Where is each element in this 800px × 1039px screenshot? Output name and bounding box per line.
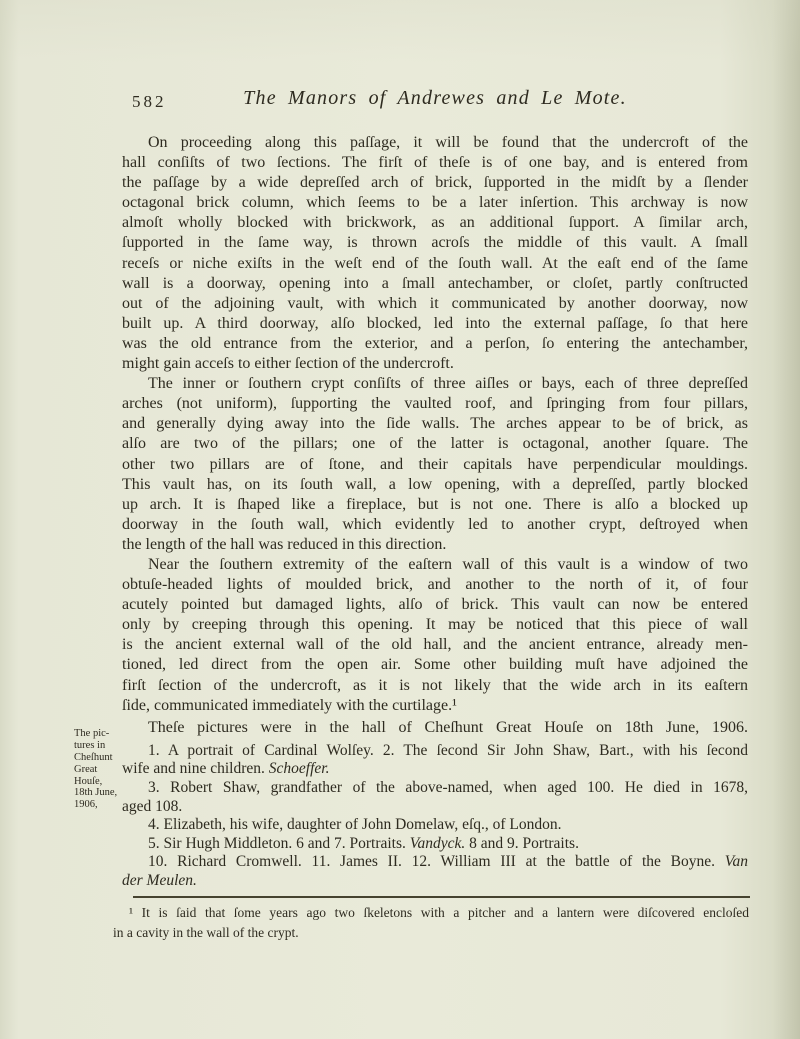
text-line: obtuſe-headed lights of moulded brick, a… bbox=[122, 575, 748, 595]
text-line: The inner or ſouthern crypt conſiſts of … bbox=[122, 374, 748, 394]
body-paragraph-3: Near the ſouthern extremity of the eaſte… bbox=[122, 555, 748, 716]
pictures-intro: Theſe pictures were in the hall of Cheſh… bbox=[122, 718, 748, 738]
text-line: wife and nine children. Schoeffer. bbox=[122, 760, 748, 779]
text-line: octagonal brick column, which ſeems to b… bbox=[122, 193, 748, 213]
text-line: other two pillars are of ſtone, and thei… bbox=[122, 455, 748, 475]
page-title: The Manors of Andrewes and Le Mote. bbox=[122, 87, 748, 110]
text-line: 10. Richard Cromwell. 11. James II. 12. … bbox=[122, 853, 748, 872]
text-line: The pic- bbox=[74, 728, 132, 740]
text-line: ſide, communicated immediately with the … bbox=[122, 696, 748, 716]
text-line: Theſe pictures were in the hall of Cheſh… bbox=[122, 718, 748, 738]
text-line: alſo are two of the pillars; one of the … bbox=[122, 434, 748, 454]
text-line: Houſe, bbox=[74, 776, 132, 788]
text-line: firſt ſection of the undercroft, as it i… bbox=[122, 676, 748, 696]
text-line: doorway in the ſouth wall, which evident… bbox=[122, 515, 748, 535]
text-line: Great bbox=[74, 764, 132, 776]
marginal-note: The pic-tures inCheſhuntGreatHouſe,18th … bbox=[74, 728, 132, 811]
body-paragraph-2: The inner or ſouthern crypt conſiſts of … bbox=[122, 374, 748, 555]
text-line: the length of the hall was reduced in th… bbox=[122, 535, 748, 555]
footnote-rule bbox=[133, 896, 750, 898]
text-line: and generally dying away into the ſide w… bbox=[122, 414, 748, 434]
text-line: only by creeping through this opening. I… bbox=[122, 615, 748, 635]
text-line: up arch. It is ſhaped like a fireplace, … bbox=[122, 495, 748, 515]
text-line: arches (not uniform), ſupporting the vau… bbox=[122, 394, 748, 414]
text-line: ſupported in the ſame way, is thrown acr… bbox=[122, 233, 748, 253]
text-line: acutely pointed but damaged lights, alſo… bbox=[122, 595, 748, 615]
text-line: 3. Robert Shaw, grandfather of the above… bbox=[122, 779, 748, 798]
text-line: hall conſiſts of two ſections. The firſt… bbox=[122, 153, 748, 173]
text-line: Cheſhunt bbox=[74, 752, 132, 764]
book-page: { "colors": { "paper": "#e9ead9", "ink":… bbox=[0, 0, 800, 1039]
text-line: wall is a doorway, opening into a ſmall … bbox=[122, 274, 748, 294]
text-line: might gain acceſs to either ſection of t… bbox=[122, 354, 748, 374]
text-line: out of the adjoining vault, with which i… bbox=[122, 294, 748, 314]
text-line: This vault has, on its ſouth wall, a low… bbox=[122, 475, 748, 495]
main-text-column: On proceeding along this paſſage, it wil… bbox=[122, 133, 748, 891]
footnote: ¹ It is ſaid that ſome years ago two ſke… bbox=[113, 903, 749, 942]
text-line: Near the ſouthern extremity of the eaſte… bbox=[122, 555, 748, 575]
text-line: 1. A portrait of Cardinal Wolſey. 2. The… bbox=[122, 742, 748, 761]
body-paragraph-1: On proceeding along this paſſage, it wil… bbox=[122, 133, 748, 374]
text-line: 18th June, bbox=[74, 787, 132, 799]
text-line: 4. Elizabeth, his wife, daughter of John… bbox=[122, 816, 748, 835]
text-line: tures in bbox=[74, 740, 132, 752]
text-line: almoſt wholly blocked with brickwork, as… bbox=[122, 213, 748, 233]
text-line: was the old entrance from the exterior, … bbox=[122, 334, 748, 354]
text-line: der Meulen. bbox=[122, 872, 748, 891]
text-line: tioned, led direct from the open air. So… bbox=[122, 655, 748, 675]
text-line: built up. A third doorway, alſo blocked,… bbox=[122, 314, 748, 334]
text-line: ¹ It is ſaid that ſome years ago two ſke… bbox=[113, 903, 749, 923]
text-line: On proceeding along this paſſage, it wil… bbox=[122, 133, 748, 153]
text-line: is the ancient external wall of the old … bbox=[122, 635, 748, 655]
picture-list: 1. A portrait of Cardinal Wolſey. 2. The… bbox=[122, 742, 748, 891]
text-line: the paſſage by a wide depreſſed arch of … bbox=[122, 173, 748, 193]
text-line: 5. Sir Hugh Middleton. 6 and 7. Portrait… bbox=[122, 835, 748, 854]
text-line: 1906, bbox=[74, 799, 132, 811]
text-line: aged 108. bbox=[122, 798, 748, 817]
text-line: receſs or niche exiſts in the weſt end o… bbox=[122, 254, 748, 274]
text-line: in a cavity in the wall of the crypt. bbox=[113, 923, 749, 943]
